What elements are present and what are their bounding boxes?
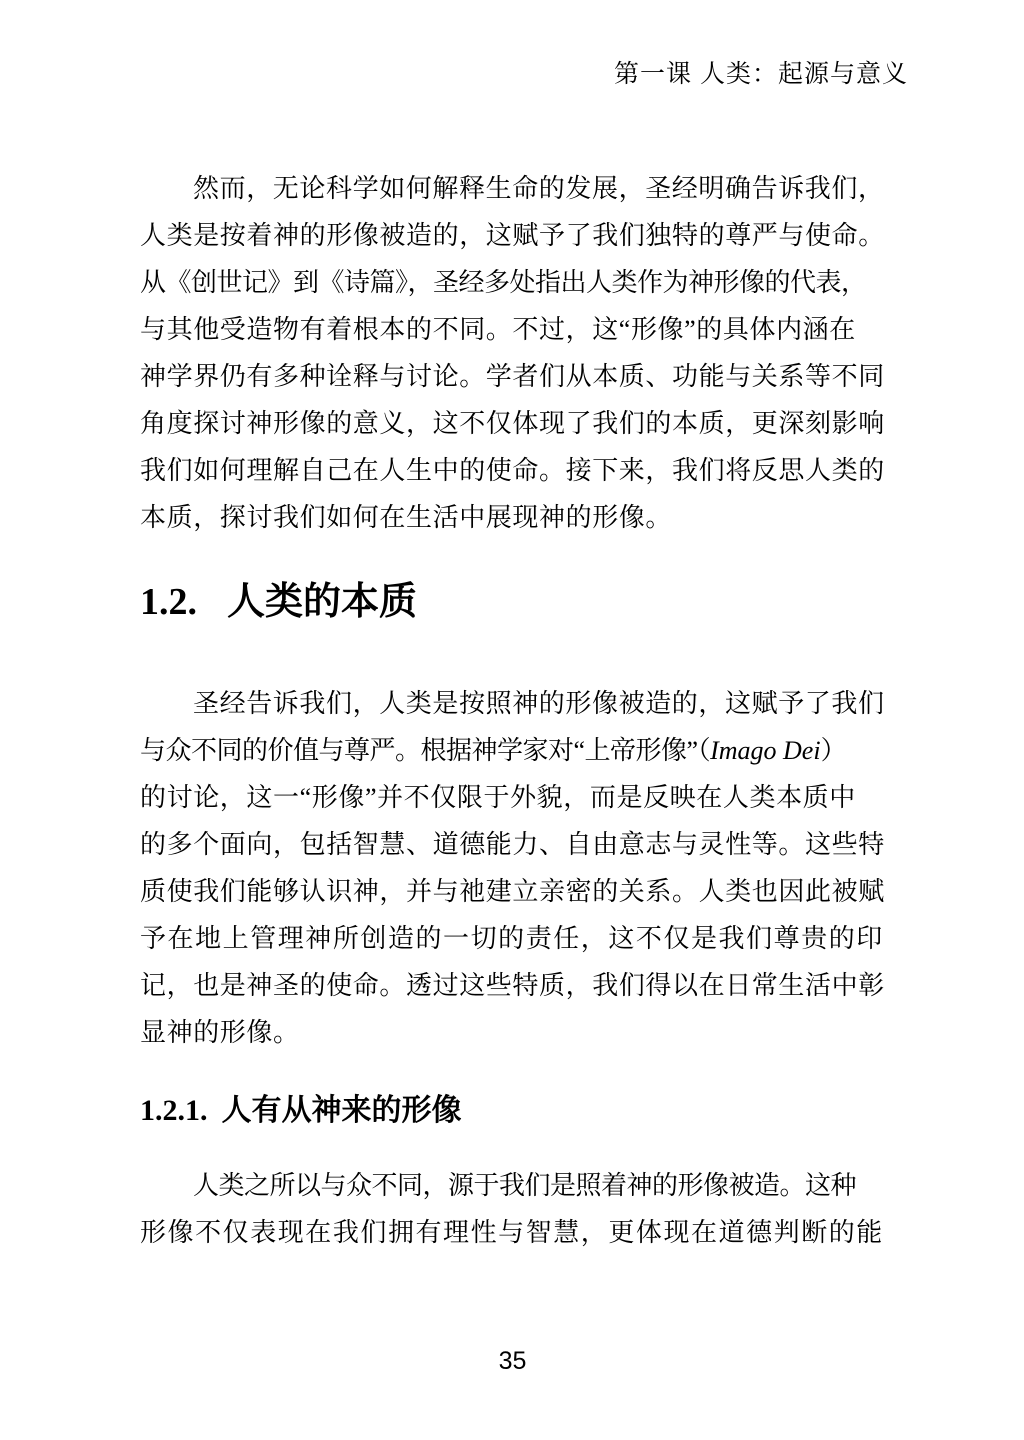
text-segment: ） [821, 736, 847, 765]
text-line: 本质，探讨我们如何在生活中展现神的形像。 [140, 494, 885, 541]
text-line: 我们如何理解自己在人生中的使命。接下来，我们将反思人类的 [140, 447, 885, 494]
subsection-title: 人有从神来的形像 [222, 1094, 462, 1127]
text-line: 予在地上管理神所创造的一切的责任，这不仅是我们尊贵的印 [140, 915, 885, 962]
text-line: 圣经告诉我们，人类是按照神的形像被造的，这赋予了我们 [140, 680, 885, 727]
text-line: 然而，无论科学如何解释生命的发展，圣经明确告诉我们， [140, 165, 885, 212]
text-line: 显神的形像。 [140, 1009, 885, 1056]
text-line: 神学界仍有多种诠释与讨论。学者们从本质、功能与关系等不同 [140, 353, 885, 400]
text-line: 的多个面向，包括智慧、道德能力、自由意志与灵性等。这些特 [140, 821, 885, 868]
text-line: 从《创世记》到《诗篇》，圣经多处指出人类作为神形像的代表， [140, 259, 885, 306]
text-line: 质使我们能够认识神，并与祂建立亲密的关系。人类也因此被赋 [140, 868, 885, 915]
paragraph-3: 人类之所以与众不同，源于我们是照着神的形像被造。这种 形像不仅表现在我们拥有理性… [140, 1162, 885, 1256]
text-line: 形像不仅表现在我们拥有理性与智慧，更体现在道德判断的能 [140, 1209, 885, 1256]
text-line: 与其他受造物有着根本的不同。不过，这“形像”的具体内涵在 [140, 306, 885, 353]
section-heading: 1.2.人类的本质 [140, 578, 417, 634]
text-line: 记，也是神圣的使命。透过这些特质，我们得以在日常生活中彰 [140, 962, 885, 1009]
text-line: 人类是按着神的形像被造的，这赋予了我们独特的尊严与使命。 [140, 212, 885, 259]
text-line: 的讨论，这一“形像”并不仅限于外貌，而是反映在人类本质中 [140, 774, 885, 821]
paragraph-1: 然而，无论科学如何解释生命的发展，圣经明确告诉我们， 人类是按着神的形像被造的，… [140, 165, 885, 541]
document-page: 第一课 人类：起源与意义 然而，无论科学如何解释生命的发展，圣经明确告诉我们， … [0, 0, 1024, 1440]
running-header: 第一课 人类：起源与意义 [614, 54, 908, 90]
text-line: 与众不同的价值与尊严。根据神学家对“上帝形像”（Imago Dei） [140, 727, 885, 774]
section-title: 人类的本质 [227, 581, 417, 623]
text-line: 人类之所以与众不同，源于我们是照着神的形像被造。这种 [140, 1162, 885, 1209]
section-number: 1.2. [140, 581, 197, 623]
latin-phrase: Imago Dei [710, 736, 820, 765]
subsection-number: 1.2.1. [140, 1094, 208, 1127]
text-line: 角度探讨神形像的意义，这不仅体现了我们的本质，更深刻影响 [140, 400, 885, 447]
text-segment: 与众不同的价值与尊严。根据神学家对“上帝形像”（ [140, 736, 710, 765]
page-number: 35 [140, 1346, 885, 1376]
paragraph-2: 圣经告诉我们，人类是按照神的形像被造的，这赋予了我们 与众不同的价值与尊严。根据… [140, 680, 885, 1056]
subsection-heading: 1.2.1.人有从神来的形像 [140, 1092, 462, 1135]
